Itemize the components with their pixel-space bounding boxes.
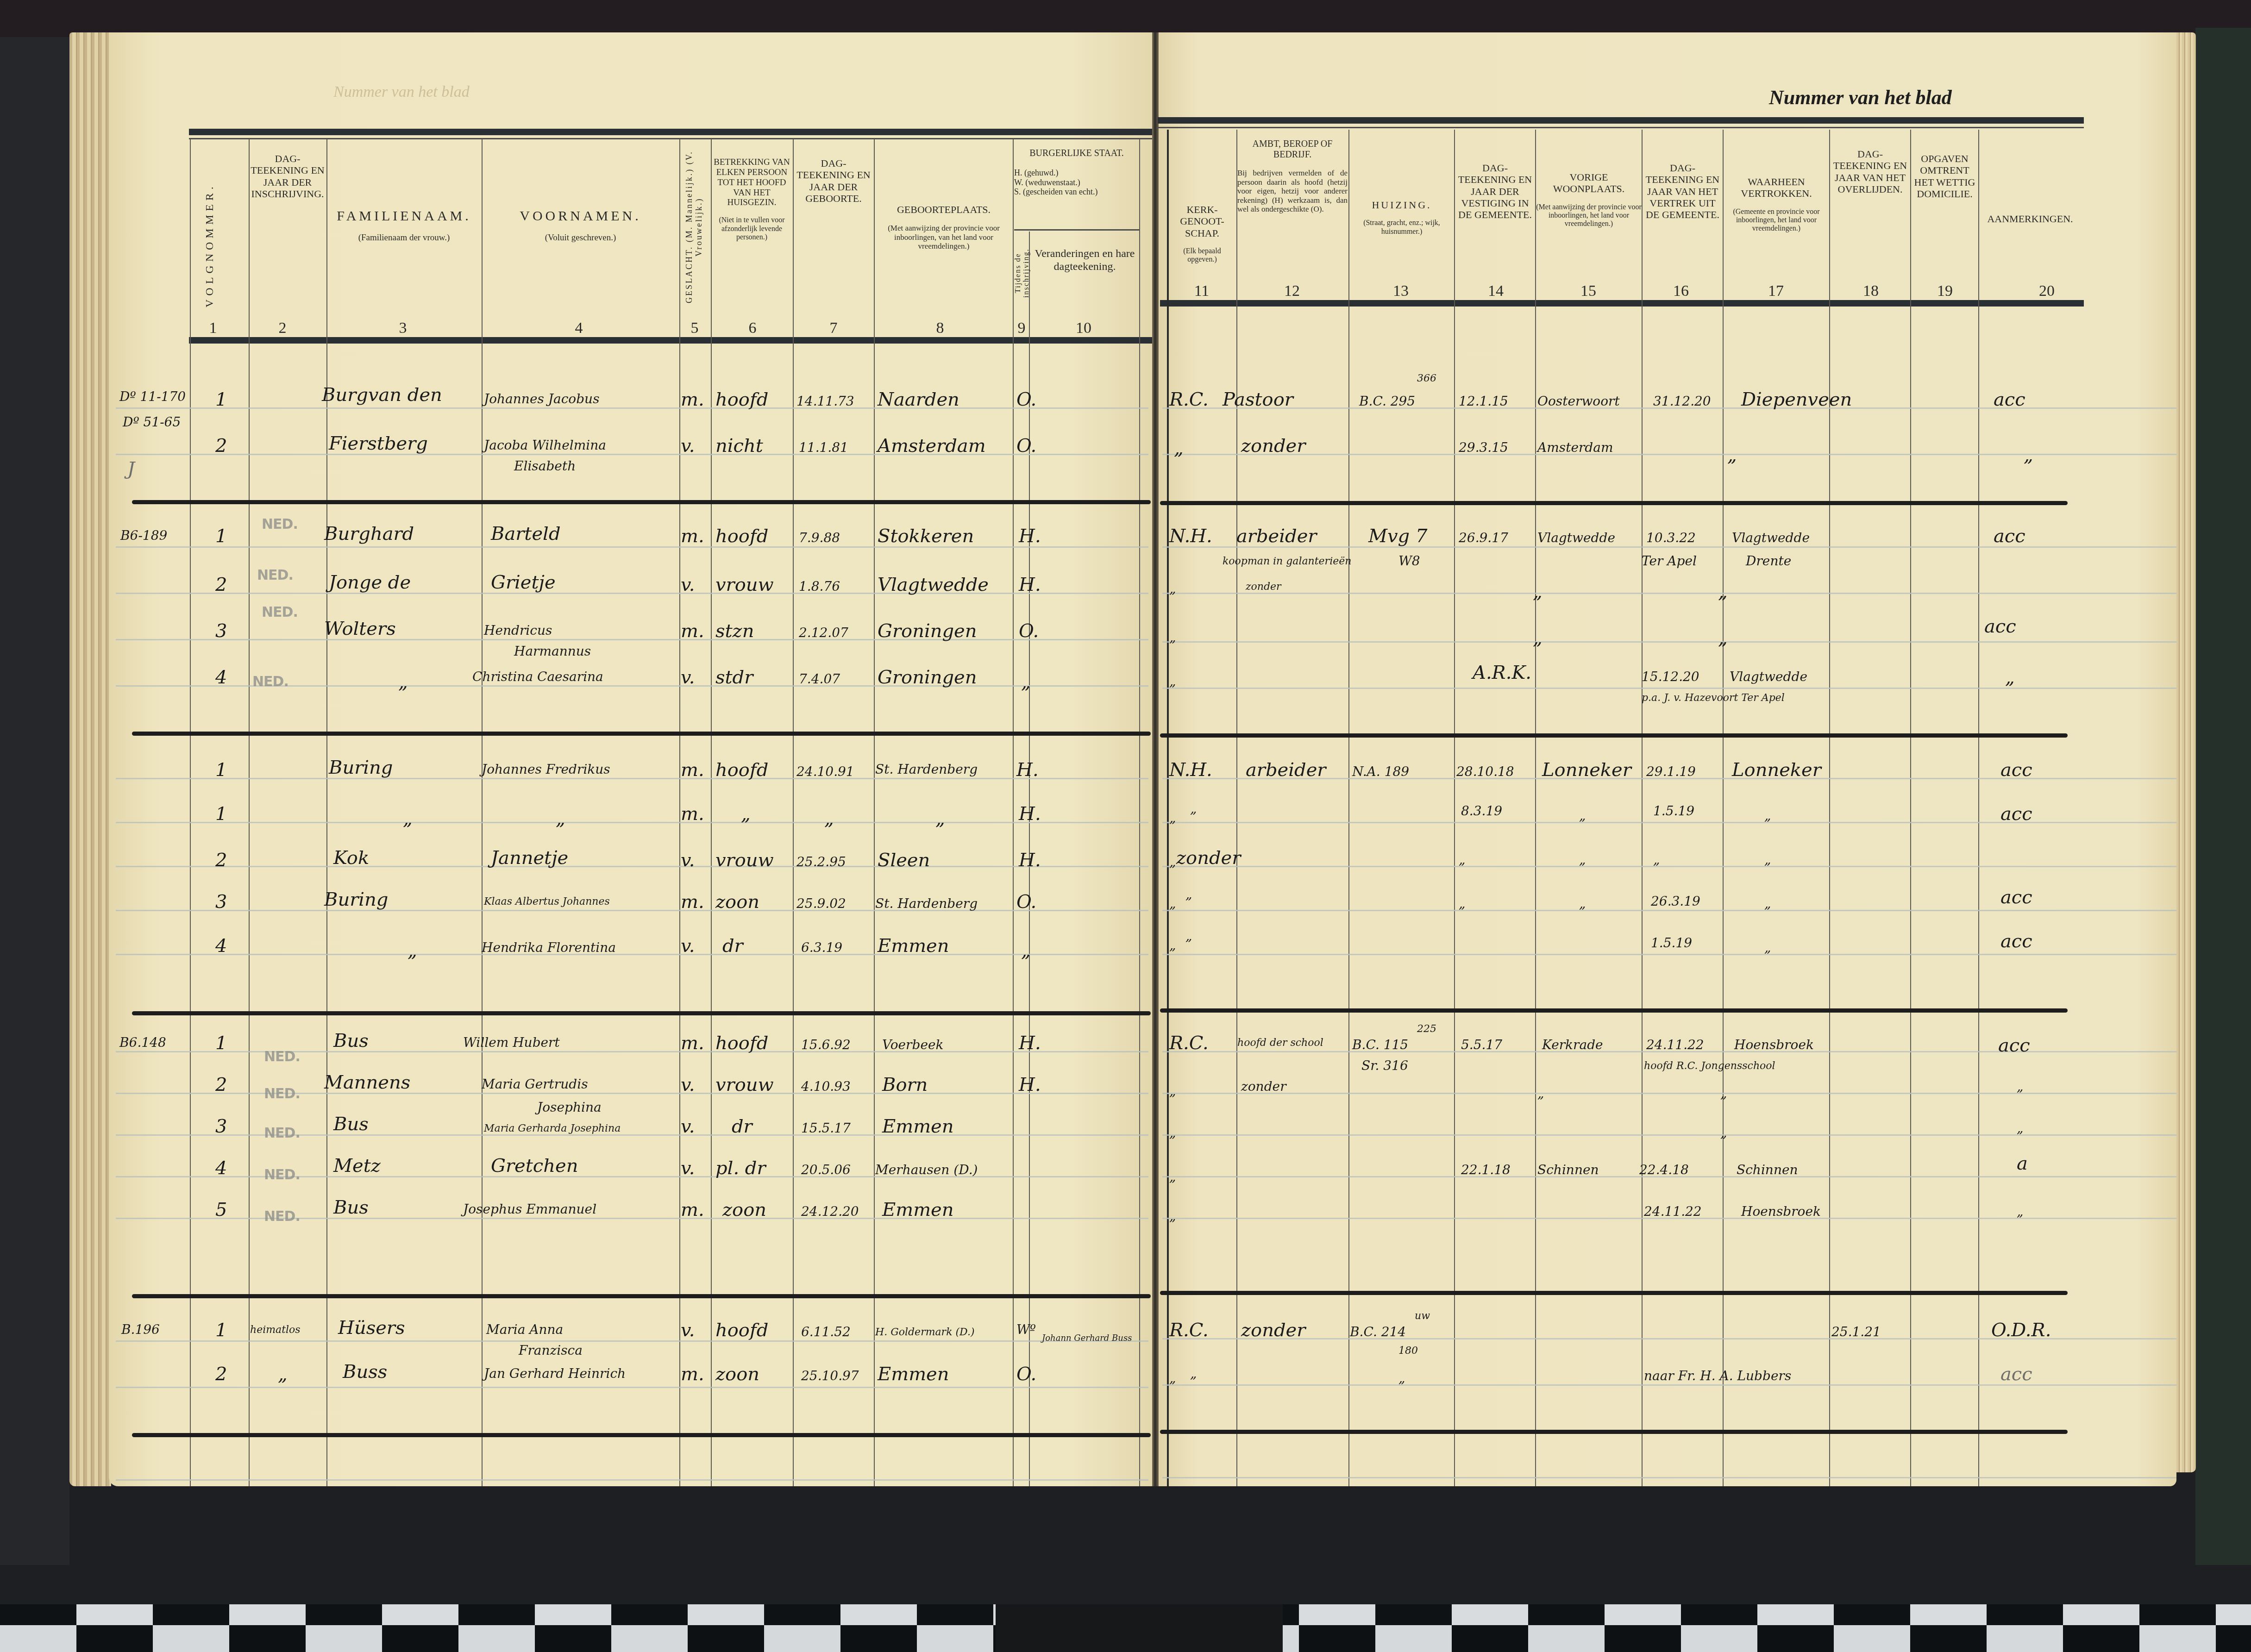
geboortedatum: 24.12.20 [801, 1204, 859, 1219]
row-line [116, 593, 1148, 594]
vertrekdatum: 10.3.22 [1646, 530, 1696, 545]
aanmerkingen: acc [1984, 616, 2016, 637]
row-line [116, 1340, 1148, 1342]
voornamen: Johannes Jacobus [484, 391, 600, 407]
kerkgenootschap: „ [1169, 854, 1176, 870]
header-col-4-sub: (Voluit geschreven.) [482, 233, 679, 243]
waarheen: „ [1764, 940, 1771, 955]
familienaam: Metz [333, 1155, 381, 1176]
betrekking: nicht [715, 435, 763, 457]
row-line [116, 866, 1148, 867]
familienaam: Burgvan den [322, 384, 442, 406]
col-line [1642, 130, 1643, 1486]
waarheen: Schinnen [1737, 1162, 1798, 1177]
kerkgenootschap: „ [1169, 896, 1176, 911]
burgerlijke-staat: O. [1016, 389, 1036, 410]
geboorteplaats: Emmen [882, 1116, 954, 1137]
aanmerkingen: „ [2017, 1120, 2024, 1136]
row-line [1162, 954, 2176, 955]
waarheen: „ [1764, 896, 1771, 911]
vertrek-line2: Ter Apel [1642, 553, 1697, 569]
col-num-15: 15 [1577, 282, 1600, 300]
geboorteplaats: Emmen [878, 935, 949, 957]
volgnummer: 1 [215, 1032, 227, 1054]
burgerlijke-staat-divider [1014, 229, 1139, 231]
vertrekdatum: 1.5.19 [1653, 803, 1694, 819]
beroep: „ [1190, 1366, 1197, 1381]
col-line [1236, 130, 1237, 1486]
voornamen: Klaas Albertus Johannes [484, 896, 610, 907]
household-separator [1160, 1291, 2068, 1295]
col-num-9: 9 [1014, 319, 1029, 337]
row-line [1162, 1477, 2176, 1478]
familienaam: Burghard [324, 523, 414, 544]
vorige-woonplaats: „ [1579, 852, 1586, 867]
voornamen-line2: Harmannus [514, 644, 591, 659]
familienaam: Buring [329, 757, 393, 778]
burgerlijke-staat-title: BURGERLIJKE STAAT. [1014, 148, 1139, 159]
aanmerkingen: „ [2005, 667, 2015, 688]
volgnummer: 2 [215, 1364, 227, 1385]
huizing: B.C. 115 [1352, 1037, 1408, 1052]
col-line [793, 139, 794, 1486]
header-col-17-sub: (Gemeente en provincie voor inboorlingen… [1724, 208, 1829, 233]
voornamen: Grietje [491, 572, 556, 593]
header-col-13: HUIZING. (Straat, gracht, enz.; wijk, hu… [1349, 199, 1454, 236]
household-separator [132, 500, 1151, 504]
header-col-17: WAARHEEN VERTROKKEN. (Gemeente en provin… [1724, 176, 1829, 233]
kerkgenootschap: „ [1169, 938, 1176, 953]
ned-stamp: NED. [264, 1125, 300, 1141]
row-line [116, 910, 1148, 911]
beroep: zonder [1241, 1079, 1286, 1094]
geboorteplaats: Stokkeren [878, 526, 974, 547]
volgnummer: 2 [215, 574, 227, 595]
burgerlijke-staat: H. [1019, 850, 1041, 871]
betrekking: hoofd [715, 389, 768, 410]
betrekking: pl. dr [715, 1158, 766, 1179]
col-num-7: 7 [824, 319, 843, 337]
row-line [116, 1387, 1148, 1388]
geslacht: v. [681, 1320, 695, 1341]
kerkgenootschap: „ [1169, 1370, 1176, 1386]
geboorteplaats: Naarden [878, 389, 959, 410]
huizing-sup: uw [1415, 1310, 1430, 1322]
betrekking: „ [741, 803, 751, 825]
col-line [679, 139, 680, 1486]
header-col-12-sub: Bij bedrijven vermelden of de persoon da… [1237, 169, 1348, 214]
header-col-3: FAMILIENAAM. (Familienaam der vrouw.) [326, 208, 482, 243]
geboorteplaats: Groningen [878, 667, 977, 688]
geboorteplaats: Voerbeek [882, 1037, 944, 1052]
margin-note: B.196 [121, 1322, 160, 1337]
col-line [711, 139, 712, 1486]
header-col-8-title: GEBOORTEPLAATS. [897, 204, 991, 215]
huizing: B.C. 295 [1359, 394, 1415, 409]
col-line [1454, 130, 1455, 1486]
kerkgenootschap: R.C. [1169, 389, 1209, 410]
geboortedatum: 15.6.92 [801, 1037, 851, 1052]
geboortedatum: 24.10.91 [796, 764, 854, 779]
header-bottom-rule-right [1160, 300, 2084, 307]
vorige-woonplaats: „ [1579, 808, 1586, 823]
voornamen: Maria Gertrudis [482, 1076, 588, 1092]
row-line [116, 546, 1148, 548]
waarheen: „ [1727, 444, 1737, 466]
volgnummer: 1 [215, 1320, 227, 1341]
voornamen-line2: Josephina [537, 1100, 602, 1115]
vestigingsdatum: 12.1.15 [1459, 394, 1508, 409]
vertrekdatum: 15.12.20 [1642, 669, 1699, 684]
household-separator [132, 1294, 1151, 1298]
aanmerkingen: „ [2017, 1079, 2024, 1094]
geboortedatum: 25.10.97 [801, 1368, 859, 1383]
vestigingsdatum: 5.5.17 [1461, 1037, 1502, 1052]
geslacht: m. [681, 620, 704, 642]
aanmerkingen: acc [1994, 526, 2025, 547]
volgnummer: 2 [215, 1074, 227, 1095]
geslacht: v. [681, 850, 695, 871]
geboorteplaats: Born [882, 1074, 928, 1095]
geslacht: m. [681, 526, 704, 547]
col-line [1978, 130, 1979, 1486]
header-col-12: AMBT, BEROEP OF BEDRIJF. Bij bedrijven v… [1237, 139, 1348, 214]
huizing-sup: 366 [1417, 373, 1436, 384]
volgnummer: 4 [215, 935, 227, 957]
burgerlijke-staat: O. [1016, 435, 1036, 457]
kerkgenootschap: „ [1169, 1083, 1176, 1099]
beroep: arbeider [1236, 526, 1317, 547]
household-separator [1160, 501, 2068, 505]
aanmerkingen: acc [1998, 1035, 2030, 1056]
geboortedatum: 11.1.81 [799, 440, 848, 455]
aanmerkingen: acc [2000, 887, 2032, 908]
vorige-woonplaats: „ [1720, 1125, 1727, 1140]
volgnummer: 1 [215, 803, 227, 825]
row-line [1162, 593, 2176, 594]
geboorteplaats: „ [935, 808, 945, 829]
betrekking: dr [732, 1116, 752, 1137]
col-line [1167, 130, 1169, 1486]
page-edges-left [69, 32, 111, 1486]
ned-stamp: NED. [262, 604, 298, 620]
geboortedatum: 1.8.76 [799, 579, 840, 594]
voornamen: Johannes Fredrikus [482, 762, 610, 777]
geboorteplaats: Emmen [878, 1364, 949, 1385]
familienaam: Bus [333, 1030, 369, 1051]
header-col-14: DAG- TEEKENING EN JAAR DER VESTIGING IN … [1455, 162, 1535, 220]
col-num-8: 8 [931, 319, 949, 337]
header-burgerlijke-staat: BURGERLIJKE STAAT. H. (gehuwd.) W. (wedu… [1014, 148, 1139, 197]
vestigingsdatum: 28.10.18 [1456, 764, 1514, 779]
voornamen: Gretchen [491, 1155, 578, 1176]
burgerlijke-staat: H. [1019, 803, 1041, 825]
kerkgenootschap: N.H. [1169, 526, 1212, 547]
book-cover-top [0, 0, 2251, 37]
inschrijving: heimatlos [250, 1324, 301, 1336]
burgerlijke-staat: H. [1019, 1032, 1041, 1054]
vertrekdatum: 24.11.22 [1644, 1204, 1702, 1219]
geslacht: m. [681, 891, 704, 913]
col-num-4: 4 [570, 319, 588, 337]
household-separator [1160, 1008, 2068, 1013]
burgerlijke-staat: „ [1021, 940, 1031, 961]
betrekking: hoofd [715, 759, 768, 781]
header-col-4-title: VOORNAMEN. [482, 208, 679, 225]
familienaam: Mannens [324, 1072, 410, 1093]
beroep: „ [1185, 887, 1192, 902]
vertrekdatum: 26.3.19 [1651, 894, 1700, 909]
header-col-8-sub: (Met aanwijzing der provincie voor inboo… [875, 224, 1012, 251]
row-line [116, 822, 1148, 823]
margin-note: Dº 51-65 [123, 414, 181, 430]
geboortedatum: 15.5.17 [801, 1120, 851, 1136]
voornamen: Hendricus [484, 623, 552, 638]
familienaam: Wolters [324, 618, 396, 639]
burgerlijke-staat: O. [1016, 891, 1036, 913]
volgnummer: 5 [215, 1199, 227, 1220]
aanmerkingen: „ [2017, 1204, 2024, 1219]
beroep-line2: koopman in galanterieën [1223, 556, 1351, 567]
row-line [1162, 910, 2176, 911]
calibration-strip-gap [996, 1604, 1283, 1652]
margin-note: B6-189 [120, 528, 167, 543]
familienaam: Hüsers [338, 1317, 405, 1339]
header-col-7-title: DAG- TEEKENING EN JAAR DER GEBOORTE. [796, 157, 870, 204]
vertrekdatum: 31.12.20 [1653, 394, 1711, 409]
voornamen: Christina Caesarina [472, 669, 603, 684]
col-num-17: 17 [1764, 282, 1787, 300]
vorige-woonplaats: „ [1579, 896, 1586, 911]
voornamen-line2: Franzisca [519, 1343, 583, 1358]
kerkgenootschap: „ [1169, 674, 1176, 689]
kerkgenootschap: „ [1169, 1169, 1176, 1184]
col-num-1: 1 [204, 319, 222, 337]
burgerlijke-staat: Wº [1016, 1322, 1036, 1337]
voornamen: Maria Anna [486, 1322, 563, 1337]
betrekking: zoon [715, 1364, 759, 1385]
aanmerkingen: acc [2000, 931, 2032, 952]
betrekking: zoon [715, 891, 759, 913]
geslacht: m. [681, 1199, 704, 1220]
burgerlijke-staat: H. [1019, 574, 1041, 595]
burgerlijke-staat: H. [1019, 526, 1041, 547]
row-line [1162, 641, 2176, 643]
book-cover-right [2195, 28, 2251, 1565]
domicilie: acc [2000, 1364, 2032, 1385]
huizing-line2: W8 [1398, 553, 1420, 569]
huizing-sup: 225 [1417, 1023, 1436, 1035]
vorige-woonplaats: Vlagtwedde [1537, 530, 1615, 545]
geslacht: v. [681, 1074, 695, 1095]
volgnummer: 3 [215, 620, 227, 642]
header-col-13-sub: (Straat, gracht, enz.; wijk, huisnummer.… [1349, 219, 1454, 236]
vertrek-note: naar Fr. H. A. Lubbers [1644, 1368, 1791, 1383]
col-num-11: 11 [1190, 282, 1213, 300]
col-line [1723, 130, 1724, 1486]
geslacht: v. [681, 1116, 695, 1137]
betrekking: dr [722, 935, 743, 957]
household-separator [1160, 1430, 2068, 1434]
row-line [116, 778, 1148, 779]
huizing: A.R.K. [1473, 662, 1531, 683]
geboorteplaats: Emmen [882, 1199, 954, 1220]
col-num-18: 18 [1859, 282, 1882, 300]
header-col-1: VOLGNOMMER. [204, 176, 216, 315]
col-num-19: 19 [1933, 282, 1956, 300]
row-line [1162, 688, 2176, 689]
header-col-12-title: AMBT, BEROEP OF BEDRIJF. [1253, 139, 1333, 160]
kerkgenootschap: „ [1169, 630, 1176, 645]
burgerlijke-staat: H. [1019, 1074, 1041, 1095]
waarheen: Hoensbroek [1741, 1204, 1821, 1219]
household-separator [132, 732, 1151, 736]
vestigingsdatum: 22.1.18 [1461, 1162, 1511, 1177]
familienaam: Buring [324, 889, 388, 910]
col-line [326, 139, 327, 1486]
betrekking: hoofd [715, 1320, 768, 1341]
beroep: arbeider [1246, 759, 1326, 781]
book-gutter [1152, 32, 1159, 1486]
familienaam: Jonge de [329, 572, 411, 593]
geslacht: m. [681, 1032, 704, 1054]
header-col-13-title: HUIZING. [1372, 199, 1431, 211]
waarheen-line2: Drente [1746, 553, 1791, 569]
waarheen: „ [1720, 1086, 1727, 1101]
header-col-4: VOORNAMEN. (Voluit geschreven.) [482, 208, 679, 243]
header-col-11-title: KERK- GENOOT- SCHAP. [1180, 204, 1224, 239]
legend-w: W. (weduwenstaat.) [1014, 178, 1139, 188]
col-line [874, 139, 875, 1486]
huizing-line2: 180 [1398, 1345, 1418, 1357]
ned-stamp: NED. [262, 516, 298, 532]
col-num-12: 12 [1280, 282, 1304, 300]
ned-stamp: NED. [264, 1167, 300, 1183]
ned-stamp: NED. [252, 674, 288, 690]
huizing: Mvg 7 [1368, 526, 1427, 547]
aanmerkingen: „ [2024, 444, 2033, 466]
volgnummer: 4 [215, 667, 227, 688]
header-col-20: AANMERKINGEN. [1979, 213, 2081, 225]
col-num-3: 3 [394, 319, 412, 337]
col-line [1829, 130, 1830, 1486]
col-line [1910, 130, 1911, 1486]
voornamen: Josephus Emmanuel [463, 1201, 596, 1217]
vertrekdatum: „ [1653, 852, 1660, 867]
margin-check: J [127, 458, 135, 480]
huizing-line2: Sr. 316 [1361, 1058, 1408, 1073]
kerkgenootschap: „ [1169, 581, 1176, 596]
betrekking: zoon [722, 1199, 766, 1220]
vertrekdatum: 1.5.19 [1651, 935, 1692, 951]
overlijdensdatum: 25.1.21 [1831, 1324, 1881, 1339]
vorige-woonplaats: „ [1537, 1086, 1544, 1101]
geslacht: v. [681, 935, 695, 957]
geslacht: v. [681, 1158, 695, 1179]
vestigingsdatum: 26.9.17 [1459, 530, 1508, 545]
vertrek-line2: hoofd R.C. Jongensschool [1644, 1060, 1775, 1072]
vorige-woonplaats: Amsterdam [1537, 440, 1613, 455]
geboorteplaats: Merhausen (D.) [875, 1162, 978, 1177]
vertrekdatum: 29.1.19 [1646, 764, 1696, 779]
geboortedatum: 20.5.06 [801, 1162, 851, 1177]
familienaam: „ [408, 940, 417, 961]
voornamen: Jan Gerhard Heinrich [484, 1366, 626, 1381]
familienaam: Bus [333, 1197, 369, 1218]
voornamen-line2: Elisabeth [514, 458, 576, 474]
header-col-11: KERK- GENOOT- SCHAP. (Elk bepaald opgeve… [1168, 204, 1236, 264]
geslacht: m. [681, 803, 704, 825]
row-line [116, 454, 1148, 455]
beroep: hoofd der school [1237, 1037, 1323, 1049]
header-col-7: DAG- TEEKENING EN JAAR DER GEBOORTE. [794, 157, 873, 204]
header-top-thin-rule-left [189, 138, 1152, 139]
vorige-woonplaats: Kerkrade [1542, 1037, 1603, 1052]
beroep: „ [1190, 801, 1197, 816]
kerkgenootschap: „ [1169, 810, 1176, 826]
header-bottom-rule-left [189, 337, 1152, 344]
burgerlijke-staat-note: Johann Gerhard Buss [1042, 1333, 1132, 1343]
kerkgenootschap: „ [1174, 438, 1184, 459]
page-number-label: Nummer van het blad [1769, 86, 1952, 109]
geboortedatum: 25.9.02 [796, 896, 846, 911]
beroep: „ [1185, 928, 1192, 944]
waarheen: „ [1718, 581, 1728, 602]
geslacht: v. [681, 435, 695, 457]
waarheen: Hoensbroek [1734, 1037, 1814, 1052]
burgerlijke-staat: O. [1019, 620, 1039, 642]
header-col-5: GESLACHT. (M. Mannelijk.) (V. Vrouwelijk… [684, 139, 704, 315]
vestigingsdatum: 8.3.19 [1461, 803, 1502, 819]
header-col-15: VORIGE WOONPLAATS. (Met aanwijzing der p… [1536, 171, 1642, 229]
geboortedatum: 7.4.07 [799, 671, 840, 687]
aanmerkingen: acc [2000, 803, 2032, 825]
geboorteplaats: St. Hardenberg [875, 762, 978, 777]
header-top-rule-left [189, 129, 1152, 135]
vorige-woonplaats: „ [1533, 627, 1542, 649]
waarheen: Lonneker [1732, 759, 1821, 781]
waarheen: Vlagtwedde [1732, 530, 1810, 545]
inschrijving: „ [278, 1364, 288, 1385]
col-num-5: 5 [685, 319, 704, 337]
header-col-9: Tijdens de inschrijving. [1014, 236, 1031, 310]
kerkgenootschap: „ [1169, 1208, 1176, 1224]
geboortedatum: 2.12.07 [799, 625, 848, 640]
waarheen: Vlagtwedde [1730, 669, 1807, 684]
voornamen: Hendrika Florentina [482, 940, 616, 955]
header-col-8: GEBOORTEPLAATS. (Met aanwijzing der prov… [875, 204, 1012, 251]
geboortedatum: 25.2.95 [796, 854, 846, 870]
row-line [116, 639, 1148, 640]
household-separator [132, 1011, 1151, 1015]
ned-stamp: NED. [264, 1086, 300, 1102]
huizing: N.A. 189 [1352, 764, 1409, 779]
legend-h: H. (gehuwd.) [1014, 168, 1139, 178]
margin-note: B6.148 [119, 1035, 166, 1050]
col-num-10: 10 [1070, 319, 1097, 337]
voornamen: „ [556, 808, 565, 829]
col-line [482, 139, 483, 1486]
volgnummer: 3 [215, 1116, 227, 1137]
col-num-14: 14 [1484, 282, 1507, 300]
betrekking: vrouw [715, 574, 774, 595]
ned-stamp: NED. [257, 567, 293, 583]
betrekking: vrouw [715, 850, 774, 871]
header-col-18: DAG- TEEKENING EN JAAR VAN HET OVERLIJDE… [1830, 148, 1910, 195]
kerkgenootschap: „ [1169, 1125, 1176, 1140]
betrekking: hoofd [715, 1032, 768, 1054]
vorige-woonplaats: Oosterwoort [1537, 394, 1620, 409]
